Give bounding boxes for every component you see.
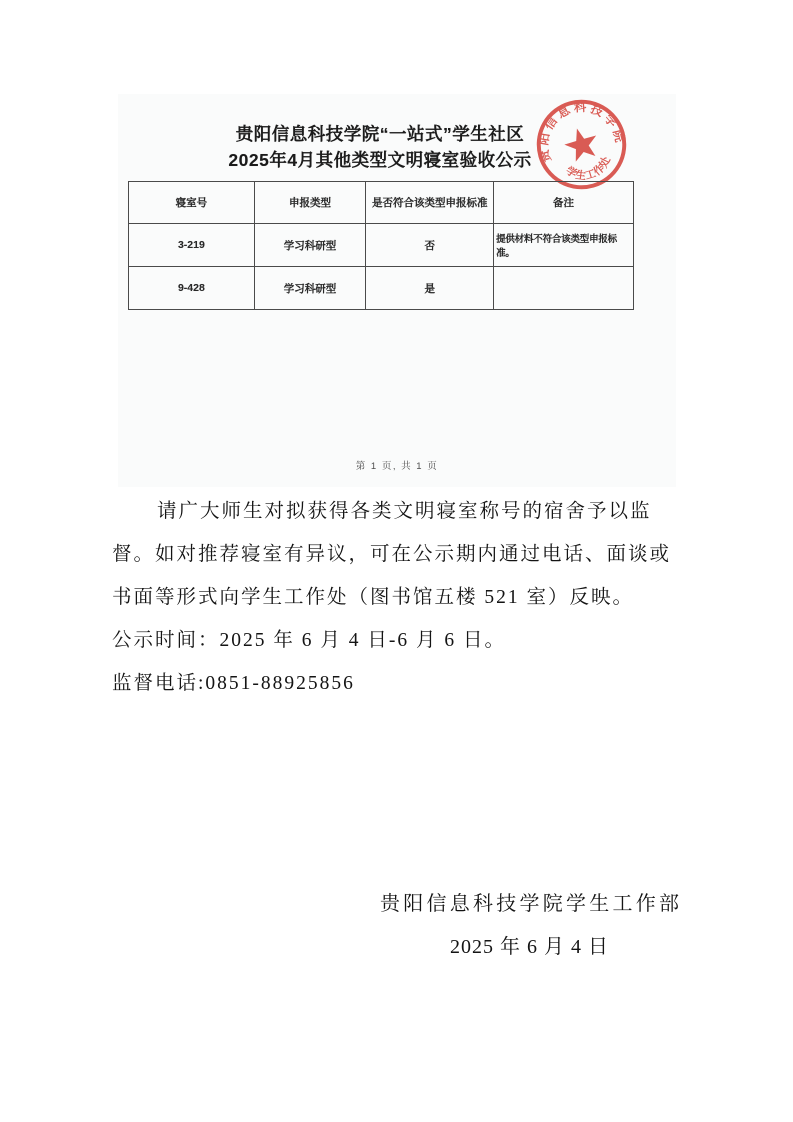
table-row: 3-219 学习科研型 否 提供材料不符合该类型申报标准。 — [129, 224, 634, 267]
table-row: 9-428 学习科研型 是 — [129, 267, 634, 310]
cell-remark — [494, 267, 634, 310]
header-meets-standard: 是否符合该类型申报标准 — [366, 182, 494, 224]
page-indicator: 第 1 页, 共 1 页 — [118, 458, 676, 472]
body-line: 请广大师生对拟获得各类文明寝室称号的宿舍予以监 — [112, 490, 680, 533]
cell-room-number: 9-428 — [129, 267, 255, 310]
body-line: 督。如对推荐寝室有异议，可在公示期内通过电话、面谈或 — [112, 533, 680, 576]
supervision-phone-line: 监督电话:0851-88925856 — [112, 662, 680, 705]
publicity-period-line: 公示时间：2025 年 6 月 4 日-6 月 6 日。 — [112, 619, 680, 662]
header-remarks: 备注 — [494, 182, 634, 224]
cell-meets-standard: 是 — [366, 267, 494, 310]
body-line: 书面等形式向学生工作处（图书馆五楼 521 室）反映。 — [112, 576, 680, 619]
cell-meets-standard: 否 — [366, 224, 494, 267]
cell-application-type: 学习科研型 — [254, 267, 366, 310]
notice-body: 请广大师生对拟获得各类文明寝室称号的宿舍予以监 督。如对推荐寝室有异议，可在公示… — [112, 490, 680, 705]
seal-star-icon — [561, 124, 601, 163]
cell-application-type: 学习科研型 — [254, 224, 366, 267]
cell-room-number: 3-219 — [129, 224, 255, 267]
signature-date: 2025 年 6 月 4 日 — [380, 935, 679, 959]
dorm-verification-table: 寝室号 申报类型 是否符合该类型申报标准 备注 3-219 学习科研型 否 提供… — [128, 181, 634, 310]
scanned-notice-image: 贵阳信息科技学院“一站式”学生社区 2025年4月其他类型文明寝室验收公示 贵阳… — [118, 94, 676, 487]
header-application-type: 申报类型 — [254, 182, 366, 224]
header-room-number: 寝室号 — [129, 182, 255, 224]
signature-department: 贵阳信息科技学院学生工作部 — [380, 892, 679, 916]
table-header-row: 寝室号 申报类型 是否符合该类型申报标准 备注 — [129, 182, 634, 224]
cell-remark: 提供材料不符合该类型申报标准。 — [494, 224, 634, 267]
signature-block: 贵阳信息科技学院学生工作部 2025 年 6 月 4 日 — [380, 892, 679, 959]
